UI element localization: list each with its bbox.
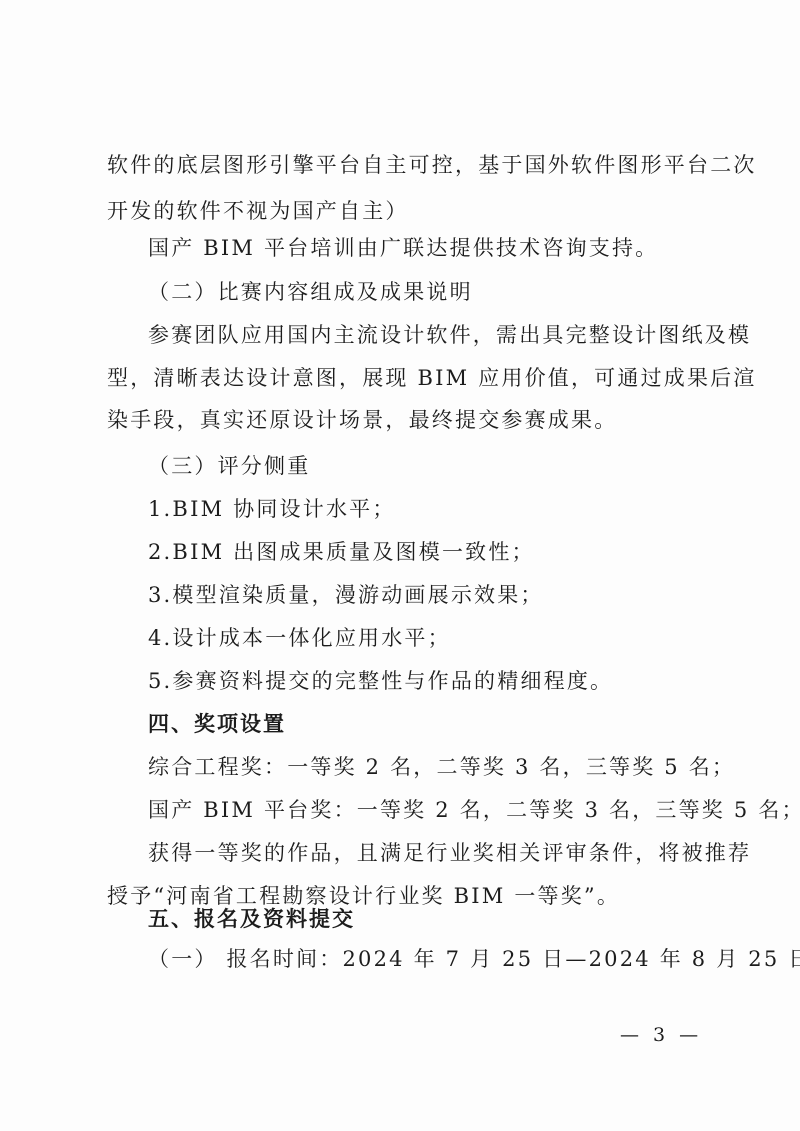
document-page: 软件的底层图形引擎平台自主可控，基于国外软件图形平台二次 开发的软件不视为国产自…: [0, 0, 800, 1131]
list-item: 4.设计成本一体化应用水平；: [148, 623, 451, 653]
paragraph-line: 开发的软件不视为国产自主）: [107, 196, 409, 226]
page-number: — 3 —: [620, 1022, 702, 1048]
subsection-heading: （二）比赛内容组成及成果说明: [148, 277, 473, 307]
list-item: 1.BIM 协同设计水平；: [148, 494, 396, 524]
section-heading: 五、报名及资料提交: [148, 904, 355, 934]
paragraph-line: 综合工程奖：一等奖 2 名，二等奖 3 名，三等奖 5 名；: [148, 752, 735, 782]
paragraph-line: 国产 BIM 平台培训由广联达提供技术咨询支持。: [148, 233, 658, 263]
list-item: 3.模型渲染质量，漫游动画展示效果；: [148, 580, 544, 610]
paragraph-line: 参赛团队应用国内主流设计软件，需出具完整设计图纸及模: [148, 320, 751, 350]
paragraph-line: （一） 报名时间：2024 年 7 月 25 日—2024 年 8 月 25 日: [148, 944, 800, 974]
paragraph-line: 软件的底层图形引擎平台自主可控，基于国外软件图形平台二次: [107, 150, 757, 180]
paragraph-line: 染手段，真实还原设计场景，最终提交参赛成果。: [107, 405, 617, 435]
paragraph-line: 获得一等奖的作品，且满足行业奖相关评审条件，将被推荐: [148, 838, 751, 868]
section-heading: 四、奖项设置: [148, 709, 286, 739]
list-item: 5.参赛资料提交的完整性与作品的精细程度。: [148, 666, 613, 696]
subsection-heading: （三）评分侧重: [148, 451, 310, 481]
paragraph-line: 国产 BIM 平台奖：一等奖 2 名，二等奖 3 名，三等奖 5 名；: [148, 795, 800, 825]
paragraph-line: 型，清晰表达设计意图，展现 BIM 应用价值，可通过成果后渲: [107, 363, 757, 393]
list-item: 2.BIM 出图成果质量及图模一致性；: [148, 537, 535, 567]
